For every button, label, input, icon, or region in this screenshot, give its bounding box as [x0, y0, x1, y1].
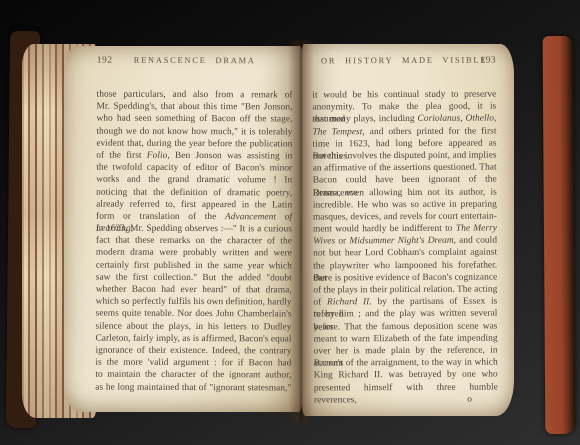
photo-background: 192 RENASCENCE DRAMA those particulars, …: [0, 0, 580, 445]
text-line: Mr. Spedding's, that about this time "Be…: [96, 101, 292, 114]
text-line: time in 1623, had long before appeared a…: [313, 137, 497, 150]
right-page-content: OR HISTORY MADE VISIBLE 193 it would be …: [312, 56, 498, 406]
text-line: over her is made plain by the reference,…: [314, 344, 498, 357]
text-line: already referred to, first appeared in t…: [96, 198, 292, 211]
text-line: of the first Folio, Ben Jonson was assis…: [96, 150, 292, 163]
left-page: 192 RENASCENCE DRAMA those particulars, …: [64, 46, 302, 412]
text-line: to maintain the character of the ignoran…: [95, 369, 291, 382]
text-line: though we do not know how much," it is t…: [96, 125, 292, 138]
text-line: Carleton, fairly imply, as is affirmed, …: [95, 332, 291, 345]
text-line: not but hear Lord Cobham's complaint aga…: [313, 247, 497, 260]
text-line: to by him ; and the play was written sev…: [313, 308, 497, 321]
right-page: OR HISTORY MADE VISIBLE 193 it would be …: [302, 44, 514, 416]
text-line: is the more 'valid argument : for if Bac…: [95, 357, 291, 370]
text-line: it would be his continual study to prese…: [312, 89, 496, 102]
text-line: as he long maintained that of "ignorant …: [95, 381, 291, 394]
text-line: account of the arraignment, to the way i…: [314, 357, 498, 370]
text-line: there is positive evidence of Bacon's co…: [313, 271, 497, 284]
text-line: in 1623, Mr. Spedding observes :—" It is…: [96, 223, 292, 236]
right-page-body: it would be his continual study to prese…: [312, 89, 498, 395]
text-line: incredible. He who was so active in prep…: [313, 198, 497, 211]
text-line: that many plays, including Coriolanus, O…: [312, 113, 496, 126]
left-header-title: RENASCENCE DRAMA: [134, 56, 256, 66]
text-line: Drama, even allowing him not its author,…: [313, 186, 497, 199]
text-line: Wives or Midsummer Night's Dream, and co…: [313, 235, 497, 248]
left-page-number: 192: [97, 56, 113, 66]
left-running-header: 192 RENASCENCE DRAMA: [97, 56, 293, 73]
text-line: meant to warn Elizabeth of the fate impe…: [314, 332, 498, 345]
text-line: form or translation of the Advancement o…: [96, 210, 292, 223]
text-line: Bacon could have been ignorant of the Re…: [313, 174, 497, 187]
right-page-edges: [508, 52, 552, 420]
text-line: masques, devices, and revels for court e…: [313, 210, 497, 223]
text-line: which so perfectly fulfils his own defin…: [96, 296, 292, 309]
text-line: fact that these remarks on the character…: [96, 235, 292, 248]
right-page-number: 193: [480, 56, 496, 66]
text-line: works and the grand dramatic volume ! In: [96, 174, 292, 187]
text-line: of the plays in their political relation…: [313, 284, 497, 297]
text-line: the twofold capacity of editor of Bacon'…: [96, 162, 292, 175]
text-line: before. That the famous deposition scene…: [313, 320, 497, 333]
text-line: whether Bacon had ever heard" of that dr…: [96, 284, 292, 297]
left-page-content: 192 RENASCENCE DRAMA those particulars, …: [95, 56, 292, 395]
text-line: evident that, during the year before the…: [96, 137, 292, 150]
text-line: presented himself with three humble reve…: [314, 381, 498, 394]
text-line: certainly first published in the same ye…: [96, 259, 292, 272]
text-line: anonymity. To make the plea good, it is …: [312, 101, 496, 114]
text-line: King Richard II. was betrayed by one who: [314, 369, 498, 382]
text-line: modern drama were probably written and w…: [96, 247, 292, 260]
text-line: ignorance of their existence. Indeed, th…: [95, 345, 291, 358]
text-line: The Tempest, and others printed for the …: [312, 125, 496, 138]
text-line: those particulars, and also from a remar…: [97, 89, 293, 102]
text-line: of Richard II. by the partisans of Essex…: [313, 296, 497, 309]
text-line: ment would hardly be indifferent to The …: [313, 223, 497, 236]
text-line: But this involves the disputed point, an…: [313, 149, 497, 162]
text-line: who had seen something of Bacon off the …: [96, 113, 292, 126]
text-line: saw the first collection." But the added…: [96, 271, 292, 284]
left-page-body: those particulars, and also from a remar…: [95, 89, 292, 395]
text-line: an affirmative of the assertions questio…: [313, 162, 497, 175]
right-header-title: OR HISTORY MADE VISIBLE: [321, 56, 487, 66]
right-running-header: OR HISTORY MADE VISIBLE 193: [312, 56, 496, 73]
text-line: noticing that the definition of dramatic…: [96, 186, 292, 199]
text-line: silence about the plays, in his letters …: [96, 320, 292, 333]
text-line: the playwriter who lampooned his forefat…: [313, 259, 497, 272]
text-line: seems quite tenable. Nor does John Chamb…: [96, 308, 292, 321]
